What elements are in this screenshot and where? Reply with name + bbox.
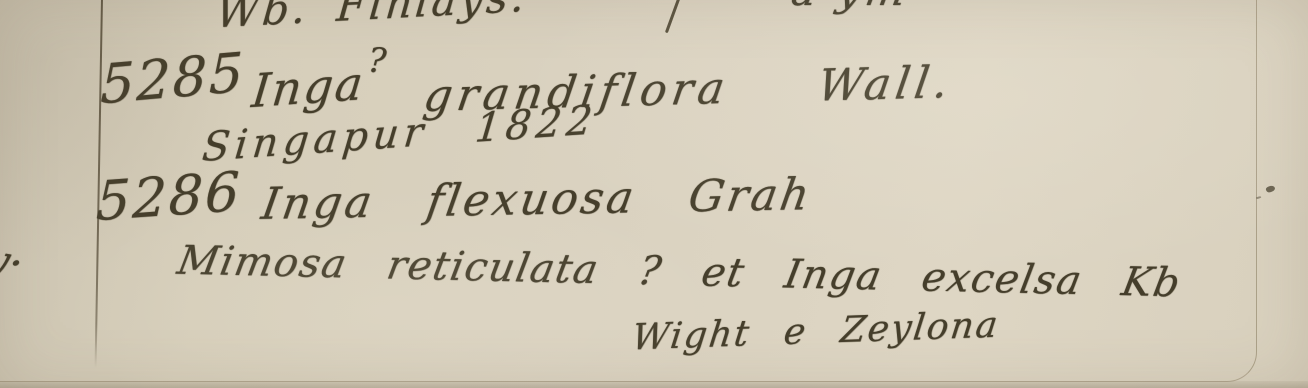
entry-number-5286: 5286 xyxy=(95,165,242,229)
cutoff-margin-mark: y· xyxy=(0,237,29,286)
manuscript-scan: a ym Wb. Finlays. 5285 Inga ? grandiflor… xyxy=(0,0,1308,388)
species-line-5286: Inga flexuosa Grah xyxy=(259,173,816,227)
cutoff-text-partial: a ym xyxy=(788,0,913,12)
query-mark-5285: ? xyxy=(367,43,388,78)
genus-name-5285: Inga xyxy=(250,60,367,114)
page-bottom-shadow xyxy=(0,381,1308,388)
ink-speck xyxy=(1265,185,1276,194)
collector-annotation: Wb. Finlays. xyxy=(214,0,529,34)
entry-number-5285: 5285 xyxy=(100,46,246,113)
cutoff-descender-stroke xyxy=(665,0,682,33)
provenance-line-5286: Wight e Zeylona xyxy=(630,308,1001,357)
synonym-line-5286: Mimosa reticulata ? et Inga excelsa Kb xyxy=(175,241,1185,304)
